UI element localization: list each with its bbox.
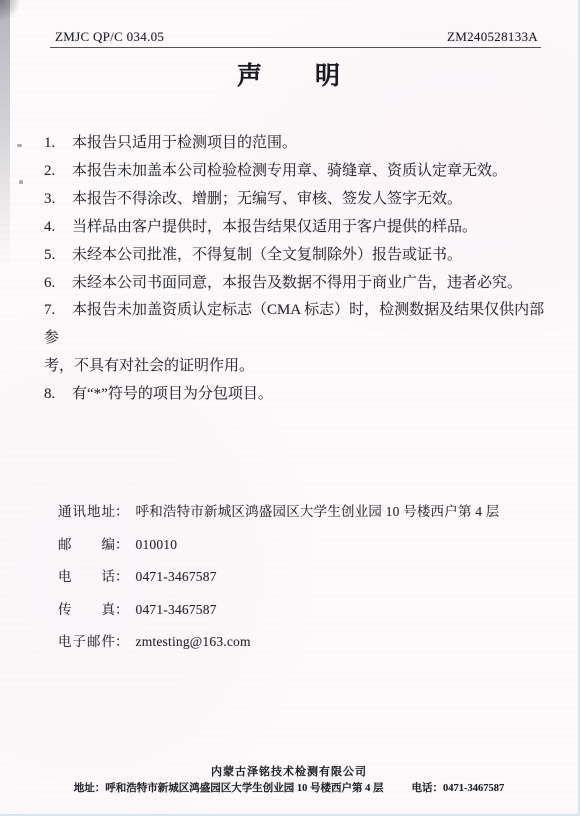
contact-row-zipcode: 邮编：010010 (58, 529, 538, 562)
scan-speck (17, 144, 22, 147)
contact-value: zmtesting@163.com (136, 634, 251, 649)
declaration-item: 2.本报告未加盖本公司检验检测专用章、骑缝章、资质认定章无效。 (44, 158, 546, 186)
footer-phone: 电话：0471-3467587 (412, 783, 505, 794)
item-number: 5. (44, 242, 72, 270)
page-title: 声 明 (0, 56, 578, 92)
contact-label: 电话 (58, 561, 115, 594)
item-number: 7. (44, 297, 72, 325)
item-number: 3. (44, 186, 72, 214)
scanned-declaration-page: ZMJC QP/C 034.05 ZM240528133A 声 明 1.本报告只… (0, 0, 580, 816)
declaration-item: 6.未经本公司书面同意，本报告及数据不得用于商业广告，违者必究。 (44, 270, 546, 298)
contact-value: 0471-3467587 (136, 602, 217, 617)
item-text: 本报告未加盖本公司检验检测专用章、骑缝章、资质认定章无效。 (72, 163, 507, 179)
contact-label: 通讯地址 (58, 496, 115, 529)
declaration-list: 1.本报告只适用于检测项目的范围。 2.本报告未加盖本公司检验检测专用章、骑缝章… (44, 130, 546, 409)
item-number: 2. (44, 158, 72, 186)
declaration-item: 7.本报告未加盖资质认定标志（CMA 标志）时，检测数据及结果仅供内部参 考，不… (44, 297, 546, 381)
scan-speck (19, 180, 23, 184)
item-text: 未经本公司批准，不得复制（全文复制除外）报告或证书。 (72, 247, 462, 263)
item-number: 4. (44, 214, 72, 242)
declaration-item: 4.当样品由客户提供时，本报告结果仅适用于客户提供的样品。 (44, 214, 546, 242)
scan-corner-shadow (0, 0, 20, 20)
contact-block: 通讯地址：呼和浩特市新城区鸿盛园区大学生创业园 10 号楼西户第 4 层 邮编：… (58, 496, 538, 659)
contact-row-phone: 电话：0471-3467587 (58, 561, 538, 594)
item-number: 8. (44, 381, 72, 409)
item-text: 本报告未加盖资质认定标志（CMA 标志）时，检测数据及结果仅供内部参 考，不具有… (44, 302, 544, 374)
footer-contact-line: 地址：呼和浩特市新城区鸿盛园区大学生创业园 10 号楼西户第 4 层电话：047… (0, 780, 578, 797)
report-number: ZM240528133A (447, 29, 538, 45)
item-text: 未经本公司书面同意，本报告及数据不得用于商业广告，违者必究。 (72, 275, 522, 291)
label-colon: ： (115, 561, 129, 594)
item-text: 当样品由客户提供时，本报告结果仅适用于客户提供的样品。 (72, 219, 477, 235)
item-number: 1. (44, 130, 72, 158)
contact-label: 传真 (58, 594, 115, 627)
contact-row-fax: 传真：0471-3467587 (58, 594, 538, 627)
contact-row-email: 电子邮件：zmtesting@163.com (58, 626, 538, 659)
item-number: 6. (44, 270, 72, 298)
label-colon: ： (115, 626, 129, 659)
label-colon: ： (115, 529, 129, 562)
contact-value: 010010 (136, 537, 178, 552)
declaration-item: 8.有“*”符号的项目为分包项目。 (44, 381, 546, 409)
label-colon: ： (115, 594, 129, 627)
item-text: 有“*”符号的项目为分包项目。 (72, 386, 273, 402)
declaration-item: 1.本报告只适用于检测项目的范围。 (44, 130, 546, 158)
header-rule (50, 47, 541, 48)
label-colon: ： (115, 496, 129, 529)
page-footer: 内蒙古泽铭技术检测有限公司 地址：呼和浩特市新城区鸿盛园区大学生创业园 10 号… (0, 764, 578, 797)
contact-label: 电子邮件 (58, 626, 115, 659)
contact-row-address: 通讯地址：呼和浩特市新城区鸿盛园区大学生创业园 10 号楼西户第 4 层 (58, 496, 538, 529)
declaration-item: 5.未经本公司批准，不得复制（全文复制除外）报告或证书。 (44, 242, 546, 270)
item-text: 本报告只适用于检测项目的范围。 (72, 135, 297, 151)
company-name: 内蒙古泽铭技术检测有限公司 (0, 764, 578, 780)
footer-address: 地址：呼和浩特市新城区鸿盛园区大学生创业园 10 号楼西户第 4 层 (74, 783, 384, 794)
contact-label: 邮编 (58, 529, 115, 562)
contact-value: 呼和浩特市新城区鸿盛园区大学生创业园 10 号楼西户第 4 层 (136, 504, 500, 519)
scan-edge-shadow (0, 0, 10, 268)
document-code: ZMJC QP/C 034.05 (55, 29, 164, 45)
contact-value: 0471-3467587 (136, 569, 217, 584)
declaration-item: 3.本报告不得涂改、增删；无编写、审核、签发人签字无效。 (44, 186, 546, 214)
item-text: 本报告不得涂改、增删；无编写、审核、签发人签字无效。 (72, 191, 462, 207)
